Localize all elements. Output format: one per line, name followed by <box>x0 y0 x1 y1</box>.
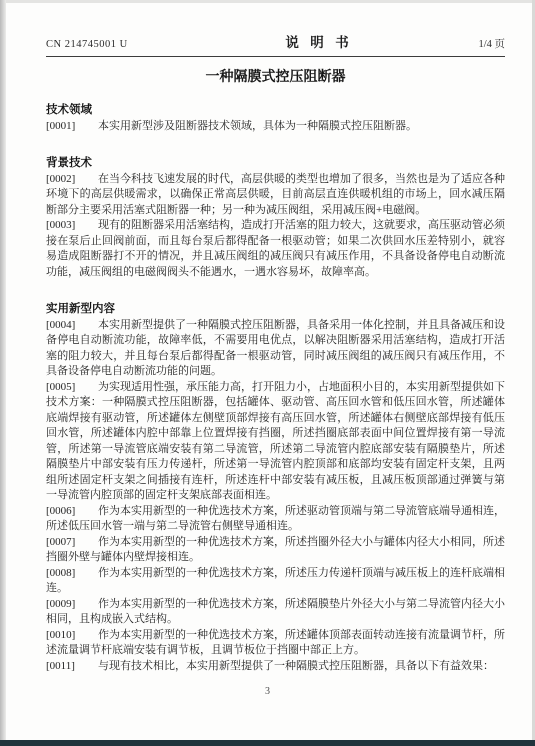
paragraph-number: [0011] <box>46 659 98 675</box>
paragraph-0003: [0003]现有的阻断器采用活塞结构，造成打开活塞的阻力较大，这就要求，高压驱动… <box>46 218 505 280</box>
sections-container: 技术领域[0001]本实用新型涉及阻断器技术领域，具体为一种隔膜式控压阻断器。背… <box>46 103 505 674</box>
paragraph-0011: [0011]与现有技术相比，本实用新型提供了一种隔膜式控压阻断器，具备以下有益效… <box>46 659 505 675</box>
paragraph-text: 作为本实用新型的一种优选技术方案，所述驱动管顶端与第二导流管底端导通相连，所述低… <box>46 505 505 533</box>
paragraph-text: 与现有技术相比，本实用新型提供了一种隔膜式控压阻断器，具备以下有益效果： <box>98 660 494 672</box>
paragraph-number: [0010] <box>46 628 98 644</box>
paragraph-0001: [0001]本实用新型涉及阻断器技术领域，具体为一种隔膜式控压阻断器。 <box>46 119 505 135</box>
scan-edge-bottom <box>0 740 535 746</box>
document-number: CN 214745001 U <box>46 38 128 51</box>
paragraph-number: [0006] <box>46 504 98 520</box>
document-type-title: 说明书 <box>285 36 360 49</box>
paragraph-number: [0007] <box>46 535 98 551</box>
paragraph-text: 作为本实用新型的一种优选技术方案，所述压力传递杆顶端与减压板上的连杆底端相连。 <box>46 567 505 595</box>
paragraph-text: 本实用新型提供了一种隔膜式控压阻断器，具备采用一体化控制，并且具备减压和设备停电… <box>46 319 505 378</box>
paragraph-text: 本实用新型涉及阻断器技术领域，具体为一种隔膜式控压阻断器。 <box>98 120 417 132</box>
paragraph-0009: [0009]作为本实用新型的一种优选技术方案，所述隔膜垫片外径大小与第二导流管内… <box>46 597 505 628</box>
paragraph-number: [0009] <box>46 597 98 613</box>
paragraph-0004: [0004]本实用新型提供了一种隔膜式控压阻断器，具备采用一体化控制，并且具备减… <box>46 318 505 380</box>
paragraph-text: 为实现适用性强，承压能力高，打开阻力小，占地面积小目的，本实用新型提供如下技术方… <box>46 381 505 502</box>
paragraph-text: 作为本实用新型的一种优选技术方案，所述挡圈外径大小与罐体内径大小相同，所述挡圈外… <box>46 536 505 564</box>
document-header: CN 214745001 U 说明书 1/4 页 <box>46 36 505 57</box>
paragraph-0006: [0006]作为本实用新型的一种优选技术方案，所述驱动管顶端与第二导流管底端导通… <box>46 504 505 535</box>
patent-document-scan: { "page": { "header": { "doc_number": "C… <box>0 0 535 746</box>
paragraph-0008: [0008]作为本实用新型的一种优选技术方案，所述压力传递杆顶端与减压板上的连杆… <box>46 566 505 597</box>
paragraph-text: 作为本实用新型的一种优选技术方案，所述罐体顶部表面转动连接有流量调节杆，所述流量… <box>46 629 505 657</box>
paragraph-number: [0004] <box>46 318 98 334</box>
section-heading: 背景技术 <box>46 156 505 172</box>
invention-title: 一种隔膜式控压阻断器 <box>46 70 505 86</box>
paragraph-text: 在当今科技飞速发展的时代，高层供暖的类型也增加了很多，当然也是为了适应各种环境下… <box>46 173 505 216</box>
section-heading: 技术领域 <box>46 103 505 119</box>
paragraph-0007: [0007]作为本实用新型的一种优选技术方案，所述挡圈外径大小与罐体内径大小相同… <box>46 535 505 566</box>
paragraph-0010: [0010]作为本实用新型的一种优选技术方案，所述罐体顶部表面转动连接有流量调节… <box>46 628 505 659</box>
page-content: CN 214745001 U 说明书 1/4 页 一种隔膜式控压阻断器 技术领域… <box>46 0 505 674</box>
paragraph-text: 作为本实用新型的一种优选技术方案，所述隔膜垫片外径大小与第二导流管内径大小相同，… <box>46 598 505 626</box>
paragraph-0002: [0002]在当今科技飞速发展的时代，高层供暖的类型也增加了很多，当然也是为了适… <box>46 172 505 219</box>
section-heading: 实用新型内容 <box>46 302 505 318</box>
scan-edge-left <box>0 0 6 746</box>
page-indicator: 1/4 页 <box>478 38 505 51</box>
paragraph-number: [0005] <box>46 380 98 396</box>
paragraph-0005: [0005]为实现适用性强，承压能力高，打开阻力小，占地面积小目的，本实用新型提… <box>46 380 505 504</box>
paragraph-number: [0002] <box>46 172 98 188</box>
paragraph-number: [0001] <box>46 119 98 135</box>
paragraph-number: [0008] <box>46 566 98 582</box>
page-number: 3 <box>0 686 535 697</box>
paragraph-number: [0003] <box>46 218 98 234</box>
paragraph-text: 现有的阻断器采用活塞结构，造成打开活塞的阻力较大，这就要求，高压驱动管必须接在泵… <box>46 219 505 278</box>
